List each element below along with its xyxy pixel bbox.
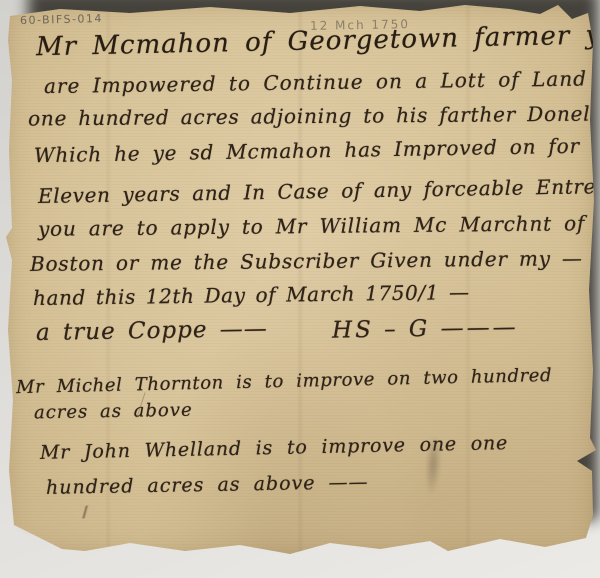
handwritten-line: you are to apply to Mr William Mc Marchn… [38,211,585,241]
postscript-line: hundred acres as above —— [46,471,369,499]
handwritten-line: Mr Mcmahon of Georgetown farmer you [36,20,600,63]
postscript-line: acres as above [34,400,193,424]
ink-smudge [423,438,443,497]
signature-initials: HS – G ——— [332,314,519,343]
postscript-line: Mr Michel Thornton is to improve on two … [16,365,553,398]
manuscript-paper: 60-BIFS-014 12 Mch 1750 Mr Mcmahon of Ge… [0,0,600,560]
handwritten-line: Eleven years and In Case of any forceabl… [38,174,600,208]
stray-pen-mark [77,505,93,519]
document-scan: 60-BIFS-014 12 Mch 1750 Mr Mcmahon of Ge… [0,0,600,578]
handwritten-line: one hundred acres adjoining to his farth… [28,101,600,130]
handwritten-line: are Impowered to Continue on a Lott of L… [44,66,600,98]
catalog-number: 60-BIFS-014 [20,12,103,27]
handwritten-line: Boston or me the Subscriber Given under … [30,246,583,276]
attestation-line: a true Coppe —— [36,316,268,346]
handwritten-line: hand this 12th Day of March 1750/1 — [33,280,470,310]
handwritten-line: Which he ye sd Mcmahon has Improved on f… [34,133,600,168]
